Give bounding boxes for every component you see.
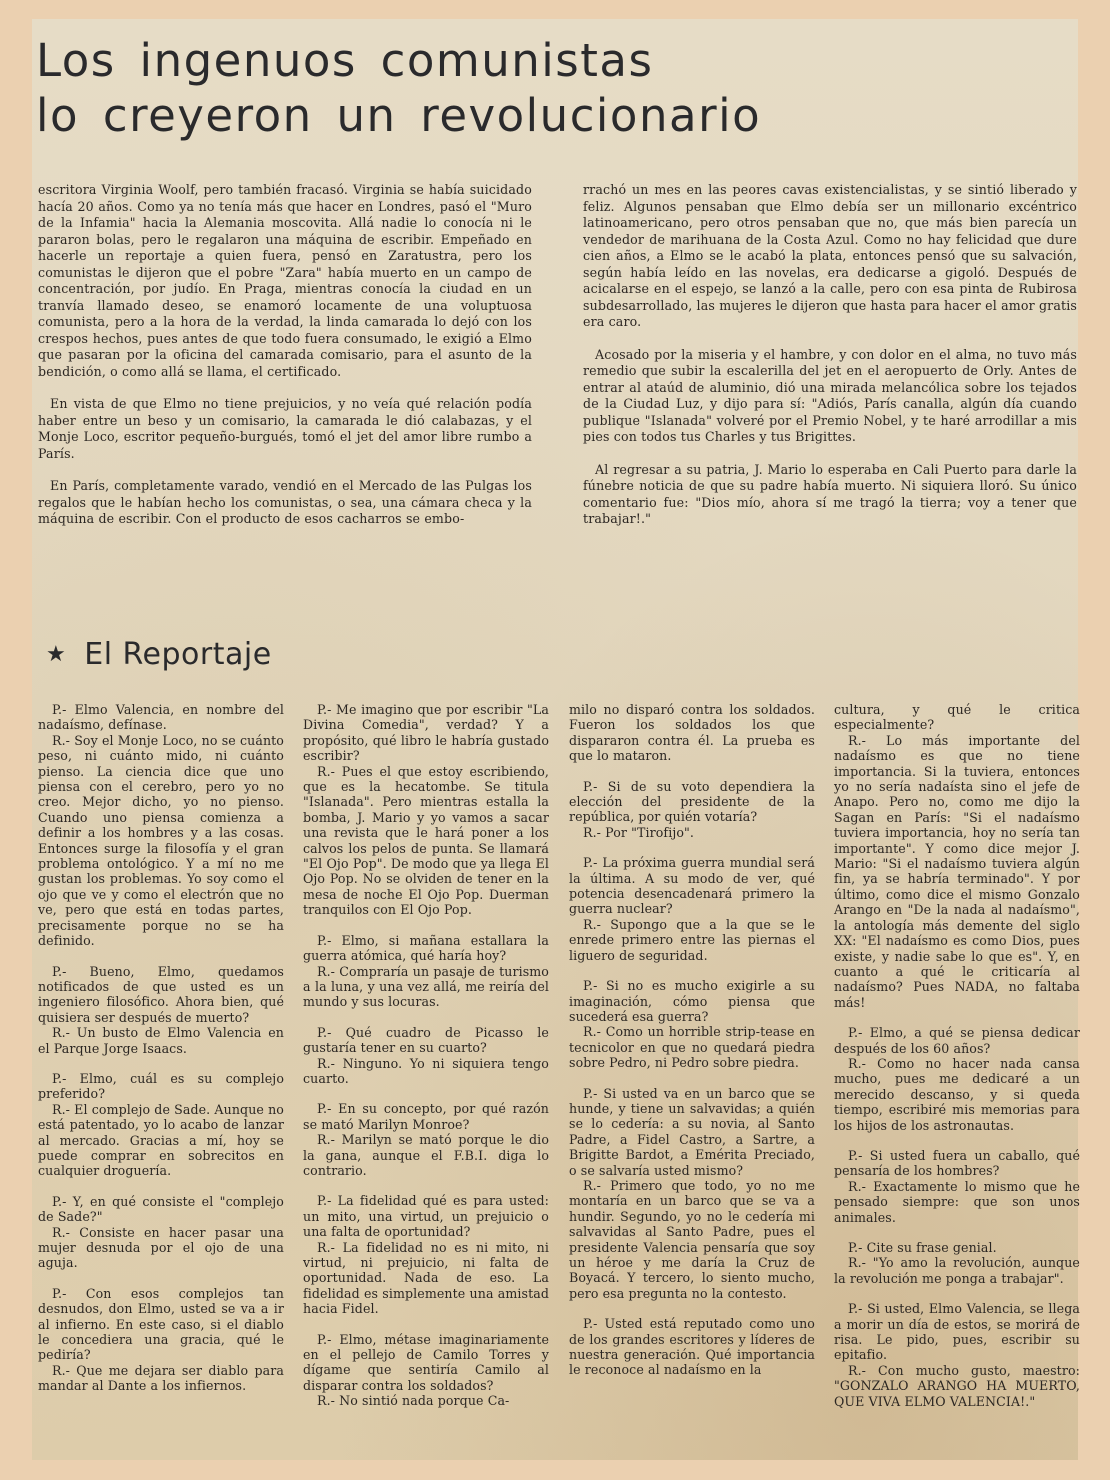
qa-block: P.- Elmo, métase imaginariamente en el p… — [303, 1332, 549, 1409]
qa-block: P.- En su concepto, por qué razón se mat… — [303, 1101, 549, 1178]
interview-column-2: P.- Me imagino que por escribir "La Divi… — [303, 702, 549, 1424]
qa-block: milo no disparó contra los soldados. Fue… — [569, 702, 815, 764]
section-title: ★ El Reportaje — [46, 637, 272, 672]
qa-block: P.- Si no es mucho exigirle a su imagina… — [569, 978, 815, 1070]
qa-block: cultura, y qué le critica especialmente?… — [834, 702, 1080, 1010]
section-title-text: El Reportaje — [84, 637, 271, 672]
answer: R.- "Yo amo la revolución, aunque la rev… — [834, 1255, 1080, 1286]
answer: R.- Pues el que estoy escribiendo, que e… — [303, 764, 549, 918]
continued-text: milo no disparó contra los soldados. Fue… — [569, 702, 815, 764]
question: P.- Elmo, a qué se piensa dedicar despué… — [834, 1025, 1080, 1056]
intro-paragraph: En París, completamente varado, vendió e… — [38, 478, 532, 528]
qa-block: P.- Bueno, Elmo, quedamos notificados de… — [38, 964, 284, 1056]
headline-line-2: lo creyeron un revolucionario — [36, 88, 761, 143]
newspaper-page: Los ingenuos comunistas lo creyeron un r… — [32, 19, 1078, 1460]
answer: R.- No sintió nada porque Ca- — [303, 1393, 549, 1408]
qa-block: P.- Con esos complejos tan desnudos, don… — [38, 1286, 284, 1394]
question: P.- Elmo, cuál es su complejo preferido? — [38, 1071, 284, 1102]
question: P.- Bueno, Elmo, quedamos notificados de… — [38, 964, 284, 1026]
qa-block: P.- Elmo Valencia, en nombre del nadaísm… — [38, 702, 284, 949]
qa-block: P.- Qué cuadro de Picasso le gustaría te… — [303, 1025, 549, 1087]
answer: R.- Exactamente lo mismo que he pensado … — [834, 1179, 1080, 1225]
intro-column-right: rrachó un mes en las peores cavas existe… — [583, 182, 1077, 544]
answer: R.- Como un horrible strip-tease en tecn… — [569, 1024, 815, 1070]
question: P.- Usted está reputado como uno de los … — [569, 1316, 815, 1378]
answer: R.- Marilyn se mató porque le dio la gan… — [303, 1132, 549, 1178]
intro-paragraph: Al regresar a su patria, J. Mario lo esp… — [583, 462, 1077, 528]
answer: R.- La fidelidad no es ni mito, ni virtu… — [303, 1240, 549, 1317]
question: P.- Con esos complejos tan desnudos, don… — [38, 1286, 284, 1363]
headline-line-1: Los ingenuos comunistas — [36, 33, 761, 88]
answer: R.- Primero que todo, yo no me montaría … — [569, 1178, 815, 1301]
question: P.- Si de su voto dependiera la elección… — [569, 779, 815, 825]
answer: R.- El complejo de Sade. Aunque no está … — [38, 1102, 284, 1179]
intro-paragraph: escritora Virginia Woolf, pero también f… — [38, 182, 532, 380]
qa-block: P.- La próxima guerra mundial será la úl… — [569, 855, 815, 963]
qa-block: P.- Si usted fuera un caballo, qué pensa… — [834, 1148, 1080, 1225]
question: P.- Si usted va en un barco que se hunde… — [569, 1086, 815, 1178]
question: P.- Cite su frase genial. — [834, 1240, 1080, 1255]
answer: R.- Con mucho gusto, maestro: "GONZALO A… — [834, 1363, 1080, 1409]
question: P.- Si usted, Elmo Valencia, se llega a … — [834, 1301, 1080, 1363]
question: P.- La próxima guerra mundial será la úl… — [569, 855, 815, 917]
question: P.- Y, en qué consiste el "complejo de S… — [38, 1194, 284, 1225]
question: P.- Elmo, métase imaginariamente en el p… — [303, 1332, 549, 1394]
question: P.- La fidelidad qué es para usted: un m… — [303, 1193, 549, 1239]
qa-block: P.- Elmo, si mañana estallara la guerra … — [303, 933, 549, 1010]
qa-block: P.- Usted está reputado como uno de los … — [569, 1316, 815, 1378]
answer: R.- Soy el Monje Loco, no se cuánto peso… — [38, 733, 284, 949]
question: P.- Si no es mucho exigirle a su imagina… — [569, 978, 815, 1024]
interview-column-3: milo no disparó contra los soldados. Fue… — [569, 702, 815, 1393]
answer: R.- Como no hacer nada cansa mucho, pues… — [834, 1056, 1080, 1133]
qa-block: P.- Y, en qué consiste el "complejo de S… — [38, 1194, 284, 1271]
qa-block: P.- Si de su voto dependiera la elección… — [569, 779, 815, 841]
intro-column-left: escritora Virginia Woolf, pero también f… — [38, 182, 532, 544]
qa-block: P.- Me imagino que por escribir "La Divi… — [303, 702, 549, 918]
question: P.- En su concepto, por qué razón se mat… — [303, 1101, 549, 1132]
intro-paragraph: rrachó un mes en las peores cavas existe… — [583, 182, 1077, 331]
answer: R.- Supongo que a la que se le enrede pr… — [569, 917, 815, 963]
answer: R.- Por "Tirofijo". — [569, 825, 815, 840]
question: P.- Qué cuadro de Picasso le gustaría te… — [303, 1025, 549, 1056]
question: P.- Elmo Valencia, en nombre del nadaísm… — [38, 702, 284, 733]
answer: R.- Consiste en hacer pasar una mujer de… — [38, 1225, 284, 1271]
qa-block: P.- Si usted, Elmo Valencia, se llega a … — [834, 1301, 1080, 1409]
answer: R.- Ninguno. Yo ni siquiera tengo cuarto… — [303, 1056, 549, 1087]
answer: R.- Compraría un pasaje de turismo a la … — [303, 964, 549, 1010]
qa-block: P.- Elmo, a qué se piensa dedicar despué… — [834, 1025, 1080, 1133]
interview-column-4: cultura, y qué le critica especialmente?… — [834, 702, 1080, 1424]
star-icon: ★ — [46, 642, 66, 667]
qa-block: P.- La fidelidad qué es para usted: un m… — [303, 1193, 549, 1316]
intro-paragraph: Acosado por la miseria y el hambre, y co… — [583, 347, 1077, 446]
qa-block: P.- Cite su frase genial.R.- "Yo amo la … — [834, 1240, 1080, 1286]
question: P.- Me imagino que por escribir "La Divi… — [303, 702, 549, 764]
qa-block: P.- Si usted va en un barco que se hunde… — [569, 1086, 815, 1302]
intro-paragraph: En vista de que Elmo no tiene prejuicios… — [38, 396, 532, 462]
headline: Los ingenuos comunistas lo creyeron un r… — [36, 33, 761, 143]
answer: R.- Lo más importante del nadaísmo es qu… — [834, 733, 1080, 1010]
question: P.- Si usted fuera un caballo, qué pensa… — [834, 1148, 1080, 1179]
qa-block: P.- Elmo, cuál es su complejo preferido?… — [38, 1071, 284, 1179]
answer: R.- Que me dejara ser diablo para mandar… — [38, 1363, 284, 1394]
answer: R.- Un busto de Elmo Valencia en el Parq… — [38, 1025, 284, 1056]
interview-column-1: P.- Elmo Valencia, en nombre del nadaísm… — [38, 702, 284, 1409]
question: P.- Elmo, si mañana estallara la guerra … — [303, 933, 549, 964]
continued-text: cultura, y qué le critica especialmente? — [834, 702, 1080, 733]
